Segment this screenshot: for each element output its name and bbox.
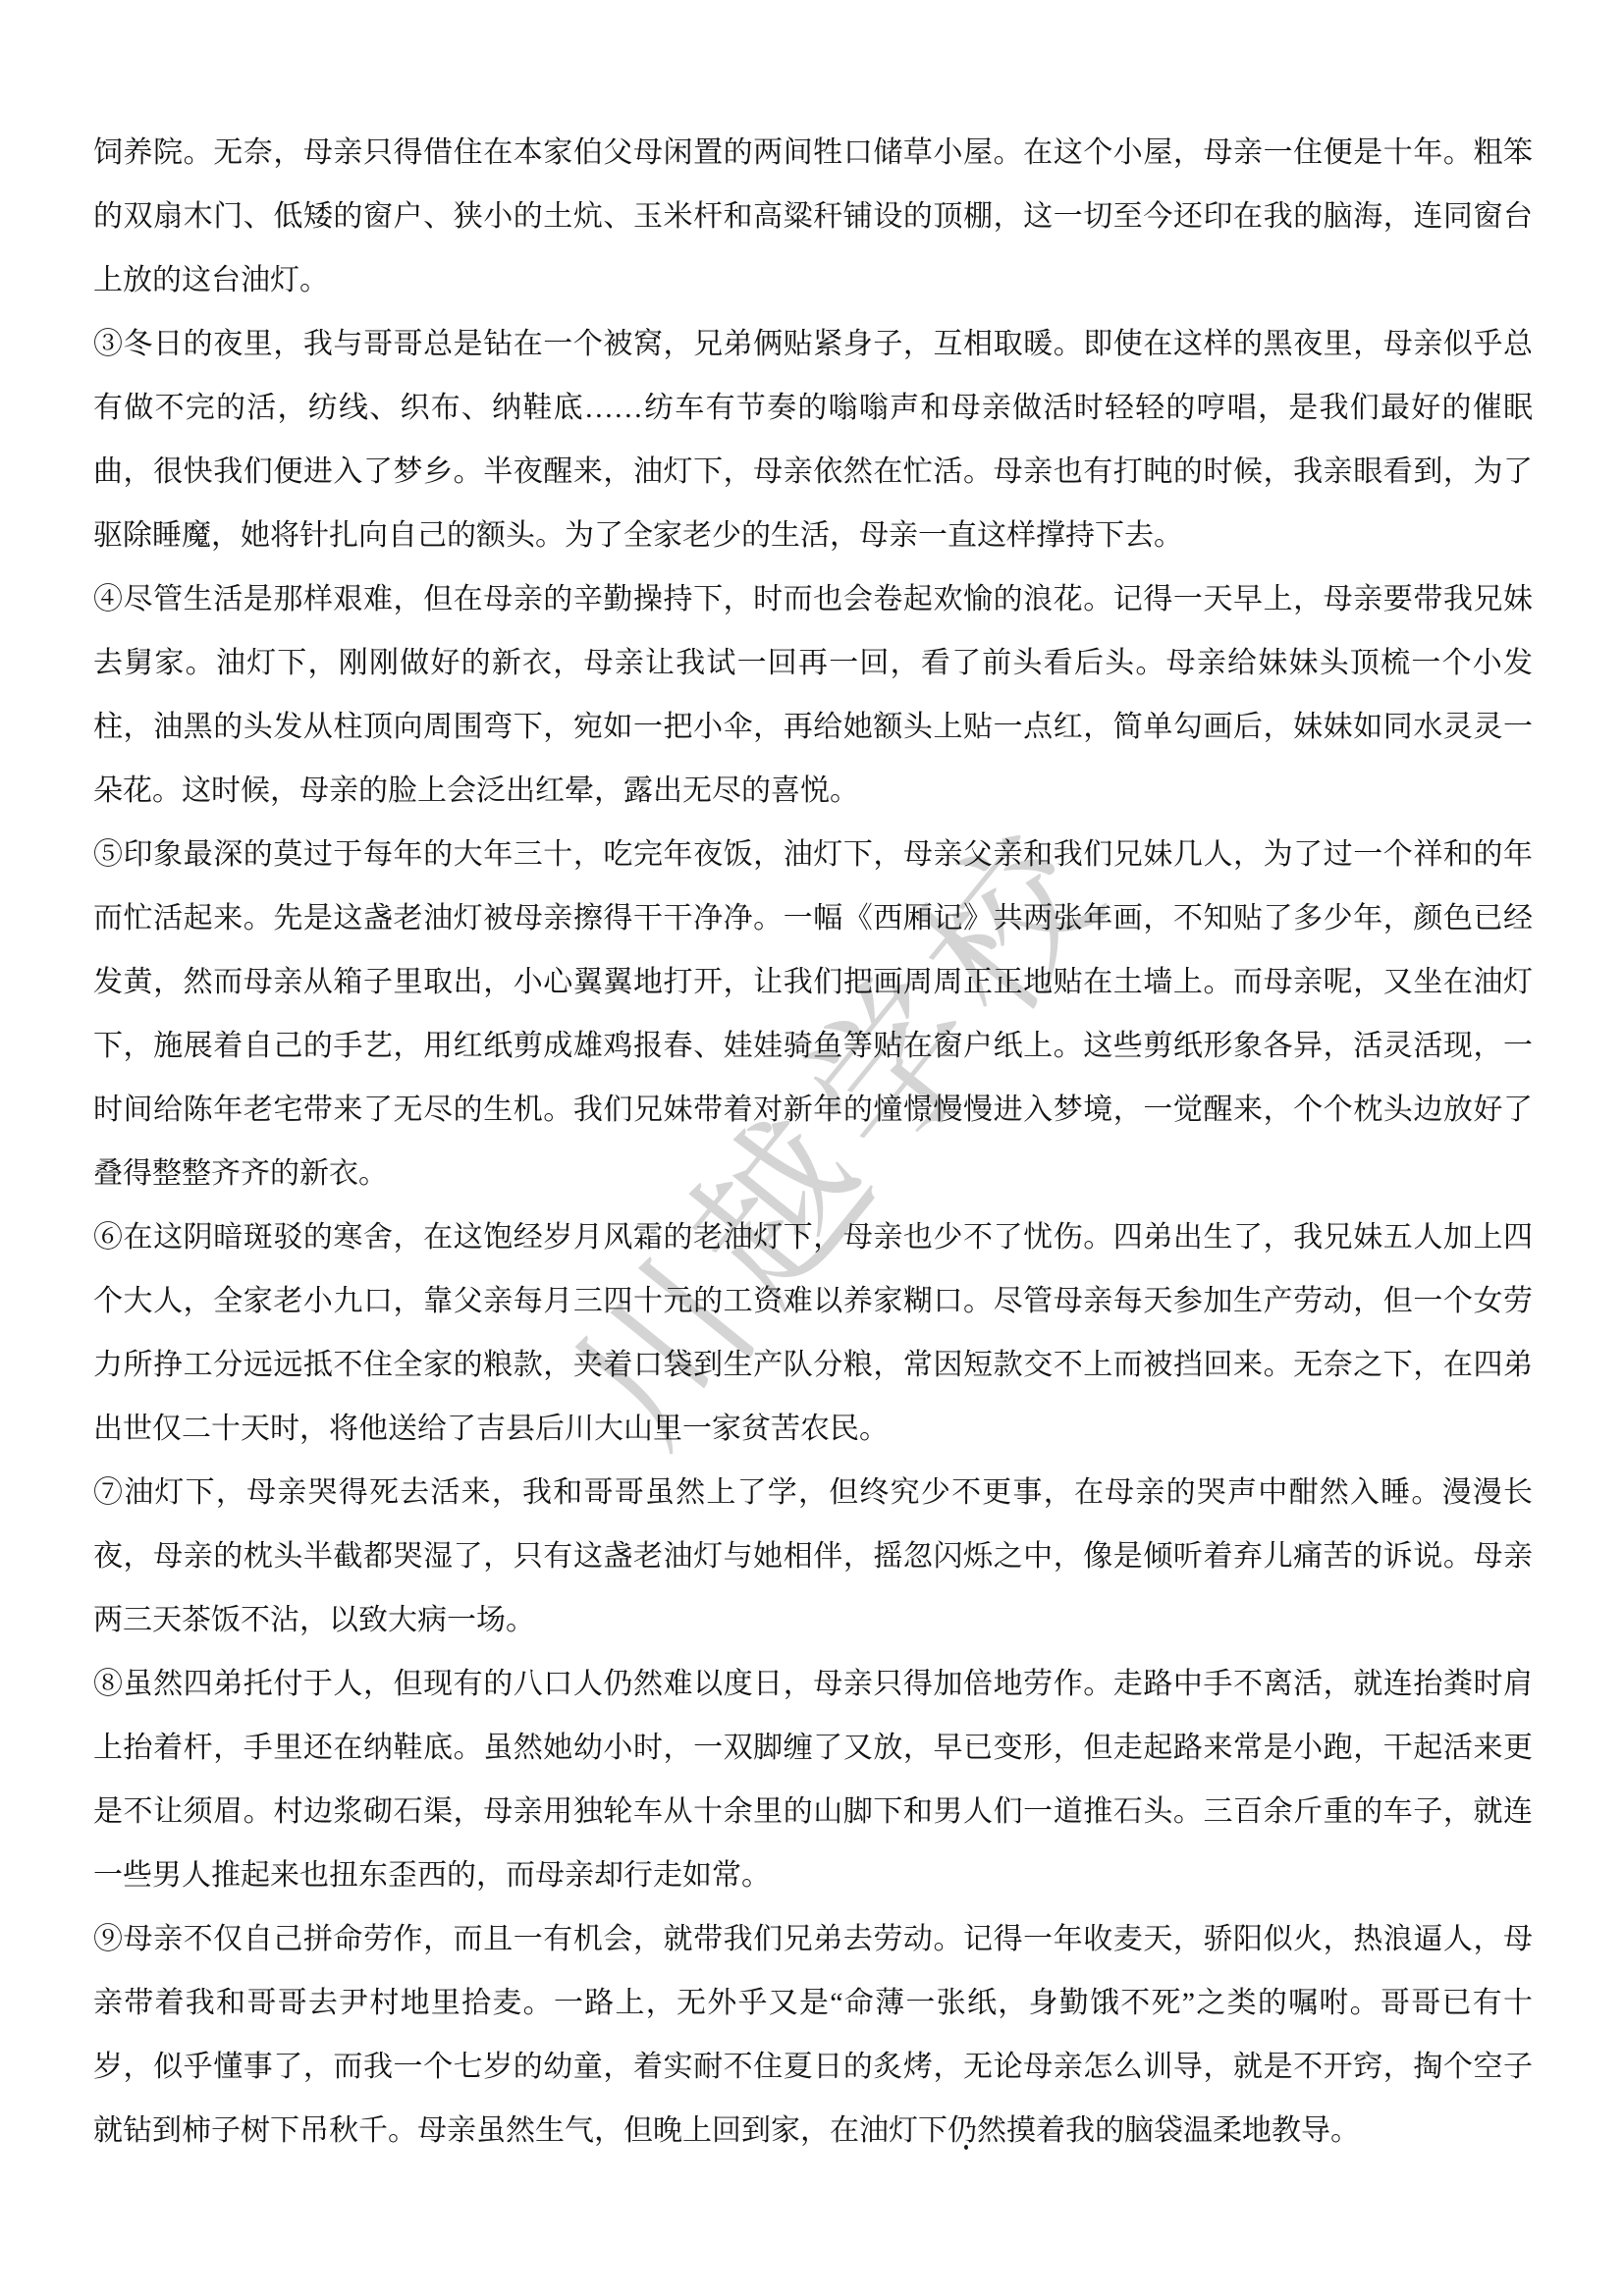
- stray-dot-mark: [964, 2145, 968, 2150]
- paragraph: ⑥在这阴暗斑驳的寒舍，在这饱经岁月风霜的老油灯下，母亲也少不了忧伤。四弟出生了，…: [93, 1205, 1533, 1461]
- paragraph: ⑧虽然四弟托付于人，但现有的八口人仍然难以度日，母亲只得加倍地劳作。走路中手不离…: [93, 1652, 1533, 1907]
- essay-text-content: 饲养院。无奈，母亲只得借住在本家伯父母闲置的两间牲口储草小屋。在这个小屋，母亲一…: [93, 121, 1533, 2163]
- document-page: 川越学校 饲养院。无奈，母亲只得借住在本家伯父母闲置的两间牲口储草小屋。在这个小…: [0, 0, 1624, 2296]
- paragraph: ⑨母亲不仅自己拼命劳作，而且一有机会，就带我们兄弟去劳动。记得一年收麦天，骄阳似…: [93, 1907, 1533, 2163]
- paragraph: ⑦油灯下，母亲哭得死去活来，我和哥哥虽然上了学，但终究少不更事，在母亲的哭声中酣…: [93, 1461, 1533, 1652]
- paragraph: 饲养院。无奈，母亲只得借住在本家伯父母闲置的两间牲口储草小屋。在这个小屋，母亲一…: [93, 121, 1533, 312]
- paragraph: ④尽管生活是那样艰难，但在母亲的辛勤操持下，时而也会卷起欢愉的浪花。记得一天早上…: [93, 567, 1533, 823]
- paragraph: ③冬日的夜里，我与哥哥总是钻在一个被窝，兄弟俩贴紧身子，互相取暖。即使在这样的黑…: [93, 312, 1533, 567]
- paragraph: ⑤印象最深的莫过于每年的大年三十，吃完年夜饭，油灯下，母亲父亲和我们兄妹几人，为…: [93, 823, 1533, 1205]
